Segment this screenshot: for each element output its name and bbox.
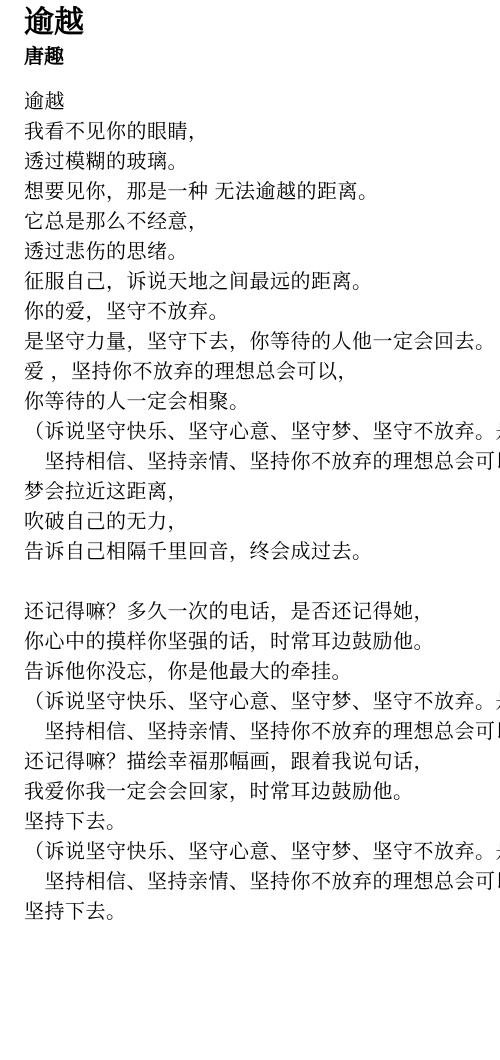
lyric-line: 透过模糊的玻璃。 bbox=[24, 147, 500, 177]
lyric-line-clipped-indented: 坚持相信、坚持亲情、坚持你不放弃的理想总会可以 bbox=[24, 447, 500, 477]
lyric-line: 告诉他你没忘，你是他最大的牵挂。 bbox=[24, 657, 500, 687]
lyric-line: 征服自己，诉说天地之间最远的距离。 bbox=[24, 267, 500, 297]
lyric-line: 想要见你，那是一种 无法逾越的距离。 bbox=[24, 177, 500, 207]
lyric-line: 你心中的摸样你坚强的话，时常耳边鼓励他。 bbox=[24, 627, 500, 657]
lyrics-body: 逾越 我看不见你的眼睛， 透过模糊的玻璃。 想要见你，那是一种 无法逾越的距离。… bbox=[24, 87, 500, 927]
lyric-line: 吹破自己的无力， bbox=[24, 507, 500, 537]
lyric-line: 你等待的人一定会相聚。 bbox=[24, 387, 500, 417]
lyric-line: 它总是那么不经意， bbox=[24, 207, 500, 237]
page-title: 逾越 bbox=[24, 5, 500, 41]
lyric-line-clipped: （诉说坚守快乐、坚守心意、坚守梦、坚守不放弃。是 bbox=[24, 417, 500, 447]
lyric-line: 坚持下去。 bbox=[24, 897, 500, 927]
lyric-line: 爱 ，坚持你不放弃的理想总会可以， bbox=[24, 357, 500, 387]
lyric-line: 告诉自己相隔千里回音，终会成过去。 bbox=[24, 537, 500, 567]
artist-name: 唐趣 bbox=[24, 45, 500, 69]
lyric-line-clipped: （诉说坚守快乐、坚守心意、坚守梦、坚守不放弃。是 bbox=[24, 837, 500, 867]
lyric-line: 是坚守力量，坚守下去，你等待的人他一定会回去。 bbox=[24, 327, 500, 357]
lyric-line-clipped: （诉说坚守快乐、坚守心意、坚守梦、坚守不放弃。是 bbox=[24, 687, 500, 717]
lyric-line: 我看不见你的眼睛， bbox=[24, 117, 500, 147]
lyric-line: 还记得嘛？描绘幸福那幅画，跟着我说句话， bbox=[24, 747, 500, 777]
lyric-line: 透过悲伤的思绪。 bbox=[24, 237, 500, 267]
lyrics-page: 逾越 唐趣 逾越 我看不见你的眼睛， 透过模糊的玻璃。 想要见你，那是一种 无法… bbox=[0, 0, 500, 1060]
lyric-line: 我爱你我一定会会回家，时常耳边鼓励他。 bbox=[24, 777, 500, 807]
lyric-line: 还记得嘛？多久一次的电话，是否还记得她， bbox=[24, 597, 500, 627]
lyric-line: 坚持下去。 bbox=[24, 807, 500, 837]
lyric-line: 你的爱，坚守不放弃。 bbox=[24, 297, 500, 327]
lyric-line-blank bbox=[24, 567, 500, 597]
lyric-line: 梦会拉近这距离， bbox=[24, 477, 500, 507]
lyric-line-clipped-indented: 坚持相信、坚持亲情、坚持你不放弃的理想总会可以 bbox=[24, 717, 500, 747]
lyric-line-clipped-indented: 坚持相信、坚持亲情、坚持你不放弃的理想总会可以 bbox=[24, 867, 500, 897]
lyric-line: 逾越 bbox=[24, 87, 500, 117]
